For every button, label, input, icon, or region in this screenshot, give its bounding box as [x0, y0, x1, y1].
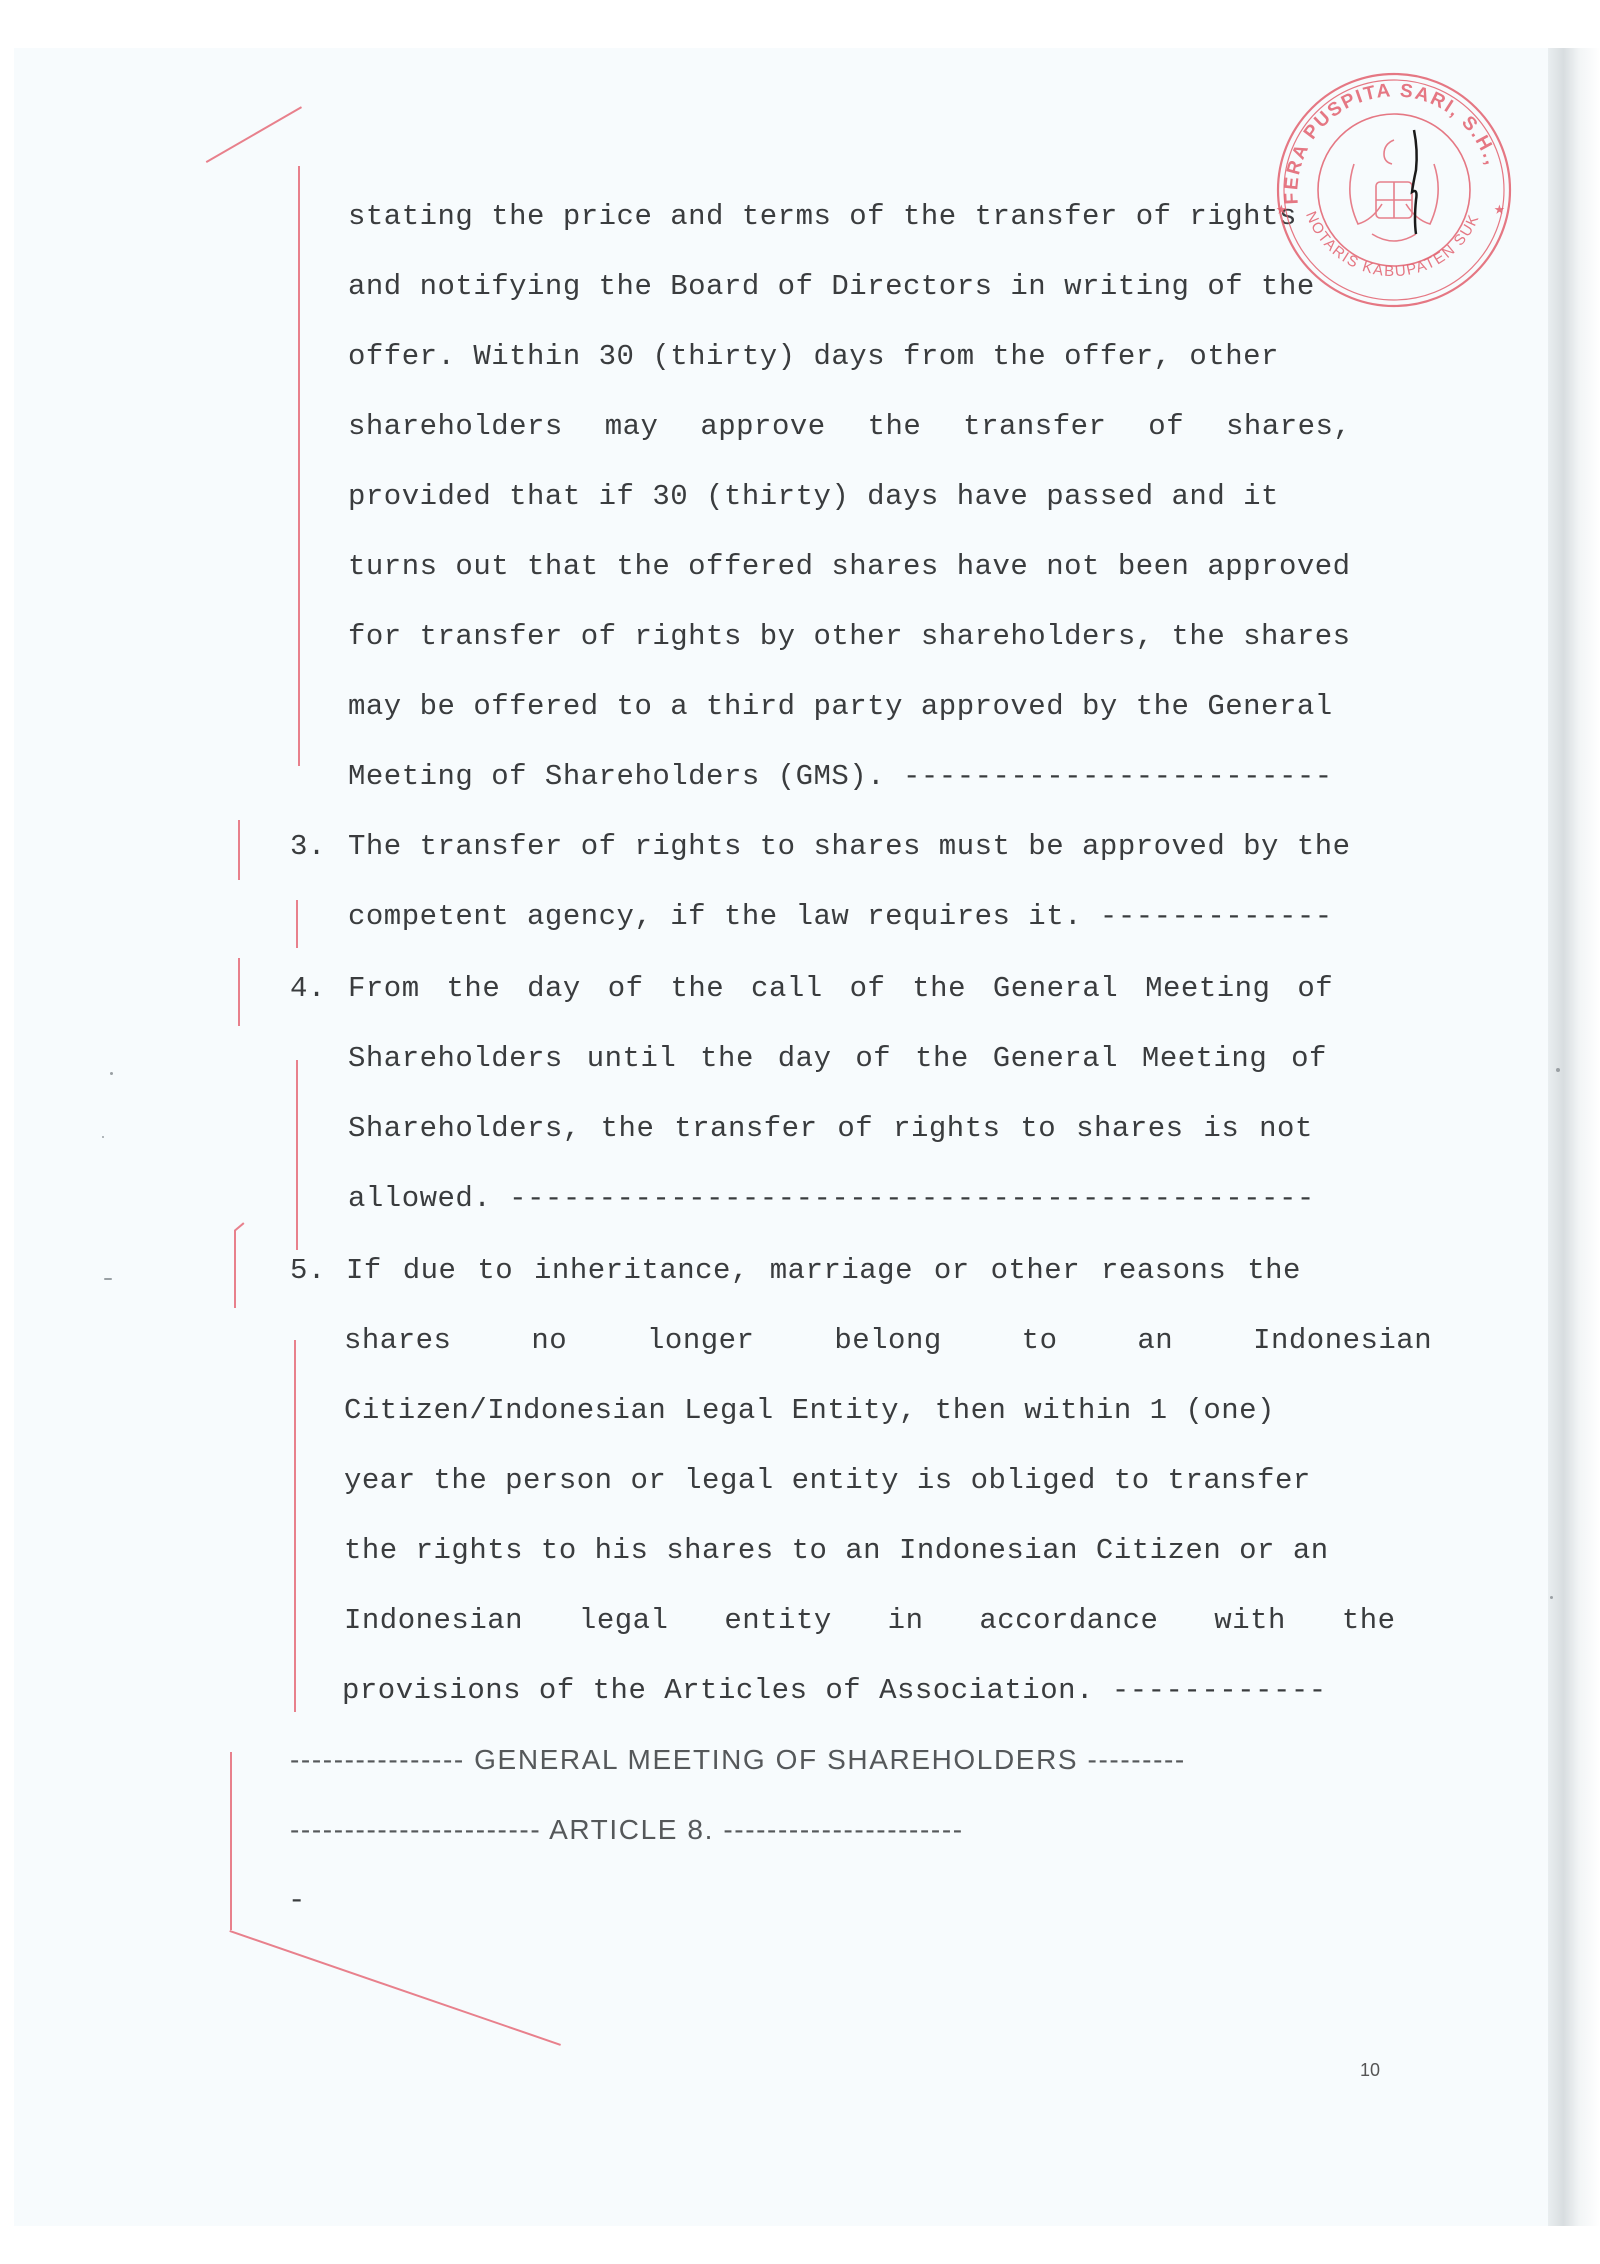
item-number: 5.: [290, 1254, 326, 1287]
item-line: Shareholders until the day of the Genera…: [348, 1042, 1327, 1075]
item-line: the rights to his shares to an Indonesia…: [344, 1534, 1329, 1567]
signature-mark: [1412, 130, 1417, 234]
notary-stamp: FERA PUSPITA SARI, S.H., M.Kn. NOTARIS K…: [1258, 64, 1526, 314]
item-line: Indonesian legal entity in accordance wi…: [344, 1604, 1396, 1637]
page-number: 10: [1360, 2060, 1380, 2081]
item-line: Citizen/Indonesian Legal Entity, then wi…: [344, 1394, 1275, 1427]
item-line: The transfer of rights to shares must be…: [348, 830, 1351, 863]
garuda-emblem-icon: [1350, 140, 1438, 241]
paragraph-line: provided that if 30 (thirty) days have p…: [348, 480, 1279, 513]
paragraph-line: stating the price and terms of the trans…: [348, 200, 1297, 233]
item-line: Shareholders, the transfer of rights to …: [348, 1112, 1313, 1145]
stamp-star-right-icon: ★: [1494, 200, 1505, 220]
section-heading: ---------------- GENERAL MEETING OF SHAR…: [290, 1744, 1186, 1776]
paragraph-line: turns out that the offered shares have n…: [348, 550, 1351, 583]
item-number: 3.: [290, 830, 326, 863]
paragraph-line: may be offered to a third party approved…: [348, 690, 1333, 723]
item-line: If due to inheritance, marriage or other…: [346, 1254, 1301, 1287]
trailing-dash: -: [288, 1884, 306, 1917]
item-line: allowed. -------------------------------…: [348, 1182, 1315, 1215]
svg-text:FERA PUSPITA SARI, S.H., M.Kn.: FERA PUSPITA SARI, S.H., M.Kn.: [1258, 64, 1505, 205]
article-heading: ----------------------- ARTICLE 8. -----…: [290, 1814, 964, 1846]
document-body: stating the price and terms of the trans…: [0, 0, 1600, 2264]
paragraph-line: shareholders may approve the transfer of…: [348, 410, 1351, 443]
paragraph-line: for transfer of rights by other sharehol…: [348, 620, 1351, 653]
stamp-star-left-icon: ★: [1276, 200, 1287, 220]
paragraph-line: Meeting of Shareholders (GMS). ---------…: [348, 760, 1333, 793]
item-line: year the person or legal entity is oblig…: [344, 1464, 1311, 1497]
stamp-top-text: FERA PUSPITA SARI, S.H., M.Kn.: [1258, 64, 1505, 205]
paragraph-line: offer. Within 30 (thirty) days from the …: [348, 340, 1279, 373]
item-line: From the day of the call of the General …: [348, 972, 1333, 1005]
item-line: competent agency, if the law requires it…: [348, 900, 1333, 933]
item-line: provisions of the Articles of Associatio…: [342, 1674, 1327, 1707]
paragraph-line: and notifying the Board of Directors in …: [348, 270, 1315, 303]
item-line: shares no longer belong to an Indonesian: [344, 1324, 1432, 1357]
item-number: 4.: [290, 972, 326, 1005]
